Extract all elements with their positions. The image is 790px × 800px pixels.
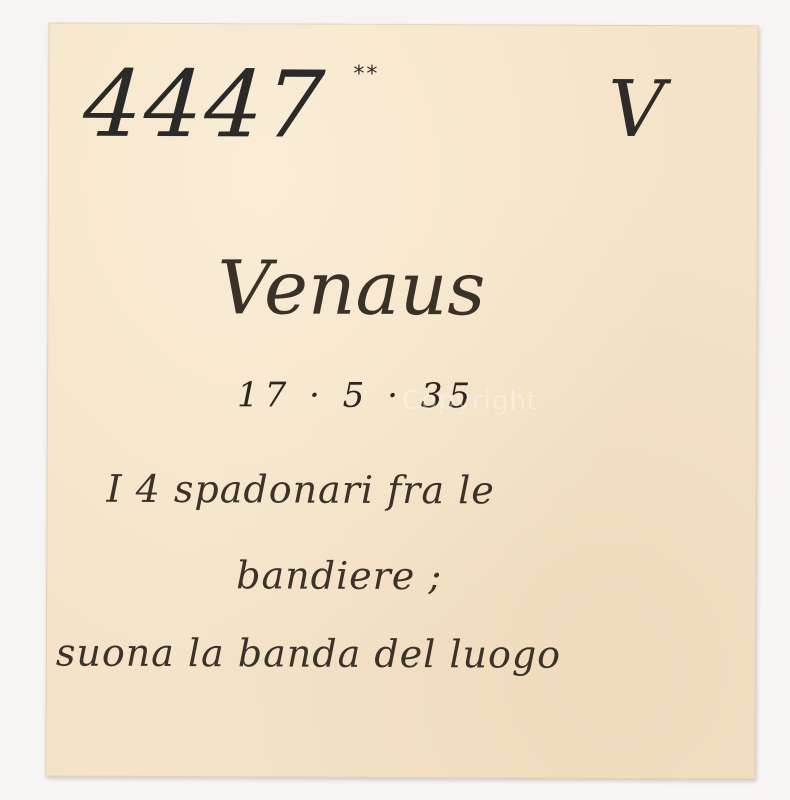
catalog-stars-mark: ** — [353, 62, 379, 87]
text-line-2: bandiere ; — [236, 553, 442, 598]
watermark: Copyright — [402, 386, 538, 417]
catalog-number: 4447 — [70, 51, 339, 159]
index-card: 4447 ** V Venaus 17 · 5 · 35 Copyright I… — [45, 22, 758, 779]
text-line-1: I 4 spadonari fra le — [107, 467, 495, 513]
category-letter: V — [608, 65, 665, 155]
place-name: Venaus — [217, 245, 485, 332]
text-line-3: suona la banda del luogo — [56, 630, 561, 676]
